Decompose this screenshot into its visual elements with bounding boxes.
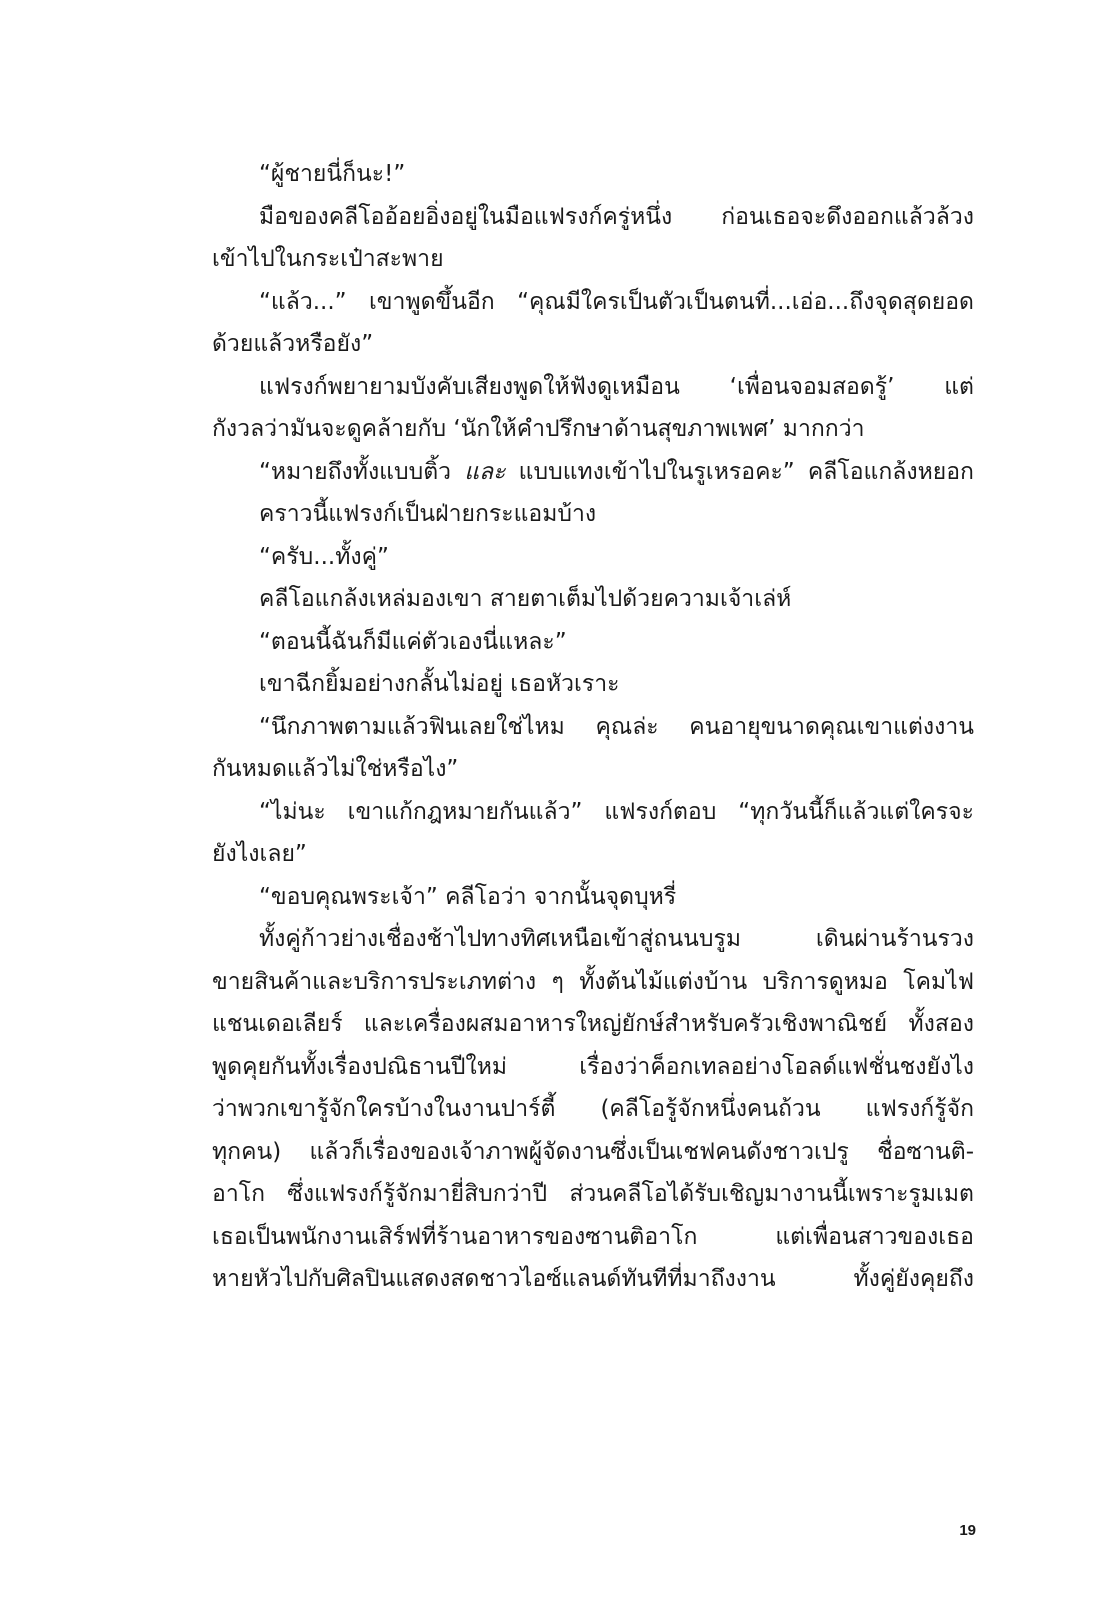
text-line: ขายสินค้าและบริการประเภทต่าง ๆ ทั้งต้นไม… [212, 961, 974, 1004]
text-line: “แล้ว...” เขาพูดขึ้นอีก “คุณมีใครเป็นตัว… [212, 281, 974, 324]
text-line: แชนเดอเลียร์ และเครื่องผสมอาหารใหญ่ยักษ์… [212, 1003, 974, 1046]
page-number: 19 [940, 1522, 976, 1539]
book-page: “ผู้ชายนี่ก็นะ!” มือของคลีโออ้อยอิ่งอยู่… [0, 0, 1109, 1621]
text-line: “นึกภาพตามแล้วฟินเลยใช่ไหม คุณล่ะ คนอายุ… [212, 706, 974, 749]
text-line: กันหมดแล้วไม่ใช่หรือไง” [212, 748, 974, 791]
body-text: “ผู้ชายนี่ก็นะ!” มือของคลีโออ้อยอิ่งอยู่… [212, 153, 974, 1301]
text-line: คลีโอแกล้งเหล่มองเขา สายตาเต็มไปด้วยความ… [212, 578, 974, 621]
text-line: ด้วยแล้วหรือยัง” [212, 323, 974, 366]
text-line: “ครับ...ทั้งคู่” [212, 536, 974, 579]
text-span: แบบแทงเข้าไปในรูเหรอคะ” คลีโอแกล้งหยอก [506, 459, 975, 485]
text-line: ยังไงเลย” [212, 833, 974, 876]
text-line: อาโก ซึ่งแฟรงก์รู้จักมายี่สิบกว่าปี ส่วน… [212, 1173, 974, 1216]
text-line: “ตอนนี้ฉันก็มีแค่ตัวเองนี่แหละ” [212, 621, 974, 664]
text-line: ทุกคน) แล้วก็เรื่องของเจ้าภาพผู้จัดงานซึ… [212, 1131, 974, 1174]
text-line: “ไม่นะ เขาแก้กฎหมายกันแล้ว” แฟรงก์ตอบ “ท… [212, 791, 974, 834]
text-line: ทั้งคู่ก้าวย่างเชื่องช้าไปทางทิศเหนือเข้… [212, 918, 974, 961]
text-line: เธอเป็นพนักงานเสิร์ฟที่ร้านอาหารของซานติ… [212, 1216, 974, 1259]
text-span: “หมายถึงทั้งแบบติ้ว [259, 459, 464, 485]
text-line: “ผู้ชายนี่ก็นะ!” [212, 153, 974, 196]
text-line: แฟรงก์พยายามบังคับเสียงพูดให้ฟังดูเหมือน… [212, 366, 974, 409]
text-line: มือของคลีโออ้อยอิ่งอยู่ในมือแฟรงก์ครู่หน… [212, 196, 974, 239]
text-line: กังวลว่ามันจะดูคล้ายกับ ‘นักให้คำปรึกษาด… [212, 408, 974, 451]
text-line: “หมายถึงทั้งแบบติ้ว และ แบบแทงเข้าไปในรู… [212, 451, 974, 494]
italic-emphasis: และ [464, 459, 505, 485]
text-line: หายหัวไปกับศิลปินแสดงสดชาวไอซ์แลนด์ทันที… [212, 1258, 974, 1301]
text-line: คราวนี้แฟรงก์เป็นฝ่ายกระแอมบ้าง [212, 493, 974, 536]
text-line: เข้าไปในกระเป๋าสะพาย [212, 238, 974, 281]
text-line: “ขอบคุณพระเจ้า” คลีโอว่า จากนั้นจุดบุหรี… [212, 876, 974, 919]
text-line: ว่าพวกเขารู้จักใครบ้างในงานปาร์ตี้ (คลีโ… [212, 1088, 974, 1131]
text-line: พูดคุยกันทั้งเรื่องปณิธานปีใหม่ เรื่องว่… [212, 1046, 974, 1089]
text-line: เขาฉีกยิ้มอย่างกลั้นไม่อยู่ เธอหัวเราะ [212, 663, 974, 706]
